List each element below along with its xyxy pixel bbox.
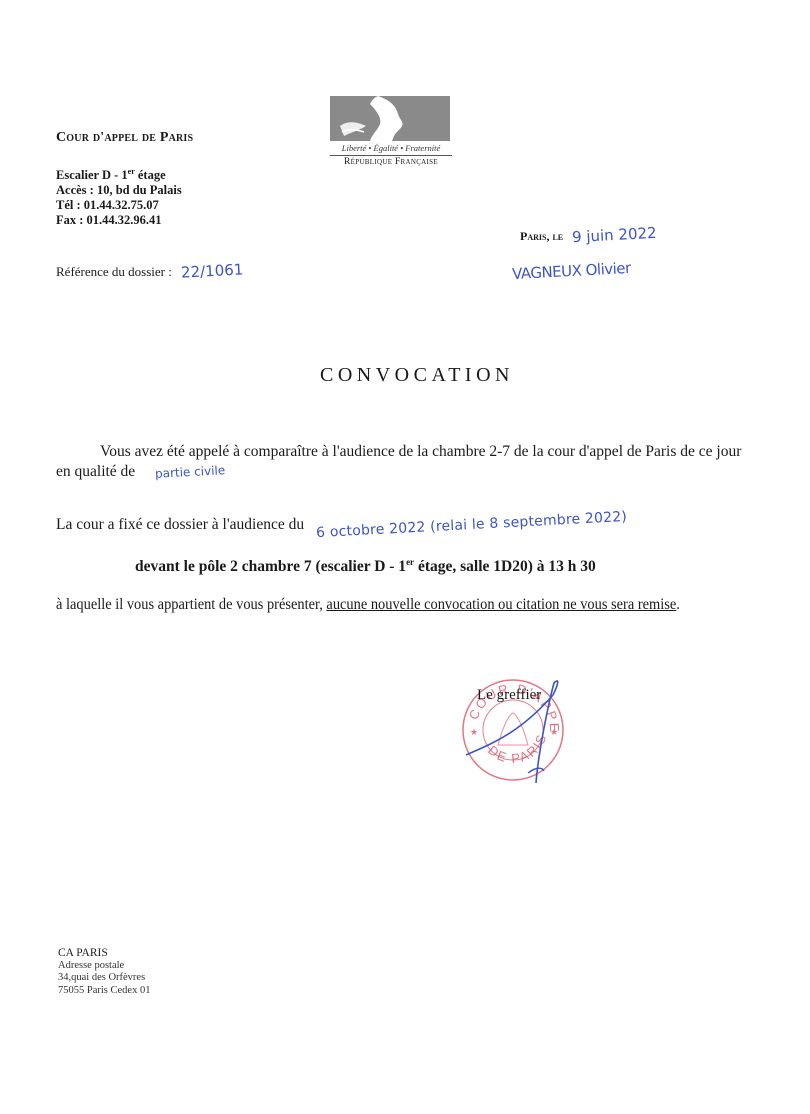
reference-line: Référence du dossier : 22/1061 — [56, 262, 243, 280]
paragraph-hearing-date: La cour a fixé ce dossier à l'audience d… — [56, 516, 627, 534]
location-sup: er — [406, 557, 414, 567]
date-handwritten: 9 juin 2022 — [572, 224, 657, 246]
svg-text:COUR D'APPEL: COUR D'APPEL — [458, 675, 562, 734]
footer-line: 34,quai des Orfèvres — [58, 972, 150, 985]
location-tail: étage, salle 1D20) à 13 h 30 — [414, 558, 596, 575]
qualite-handwritten: partie civile — [155, 460, 226, 484]
floor-tail: étage — [135, 168, 166, 182]
date-line: Paris, le 9 juin 2022 — [520, 226, 657, 244]
court-address: Escalier D - 1er étage Accès : 10, bd du… — [56, 164, 182, 228]
footer-line: Adresse postale — [58, 960, 150, 973]
notice-text: à laquelle il vous appartient de vous pr… — [56, 596, 326, 613]
footer-line: CA PARIS — [58, 947, 150, 960]
floor-sup: er — [128, 167, 135, 176]
hearing-date-handwritten: 6 octobre 2022 (relai le 8 septembre 202… — [316, 509, 628, 541]
address-fax: Fax : 01.44.32.96.41 — [56, 213, 182, 228]
notice-end: . — [676, 596, 680, 613]
svg-text:★: ★ — [550, 727, 558, 737]
republic-logo: Liberté • Égalité • Fraternité Républiqu… — [330, 96, 452, 167]
reference-handwritten: 22/1061 — [181, 260, 244, 281]
address-floor-text: Escalier D - 1 — [56, 168, 128, 182]
footer-postal-address: CA PARIS Adresse postale 34,quai des Orf… — [58, 947, 150, 997]
paragraph-location: devant le pôle 2 chambre 7 (escalier D -… — [135, 557, 596, 576]
reference-label: Référence du dossier : — [56, 264, 172, 279]
footer-line: 75055 Paris Cedex 01 — [58, 985, 150, 998]
court-name-text: Cour d'appel de Paris — [56, 130, 193, 145]
address-phone: Tél : 01.44.32.75.07 — [56, 198, 182, 213]
address-floor: Escalier D - 1er étage — [56, 164, 182, 183]
location-text: devant le pôle 2 chambre 7 (escalier D -… — [135, 558, 406, 575]
recipient-handwritten: VAGNEUX Olivier — [512, 259, 632, 283]
logo-motto: Liberté • Égalité • Fraternité — [330, 143, 452, 153]
address-access: Accès : 10, bd du Palais — [56, 183, 182, 198]
paragraph-notice: à laquelle il vous appartient de vous pr… — [56, 595, 707, 614]
logo-divider — [330, 155, 452, 156]
paragraph-summons: Vous avez été appelé à comparaître à l'a… — [56, 442, 756, 482]
notice-underlined: aucune nouvelle convocation ou citation … — [326, 596, 676, 613]
document-title: CONVOCATION — [0, 364, 810, 387]
date-label: Paris, le — [520, 229, 563, 243]
hearing-text: La cour a fixé ce dossier à l'audience d… — [56, 516, 304, 533]
logo-republic: République Française — [330, 157, 452, 167]
marianne-icon — [330, 96, 450, 141]
signature-label: Le greffier — [477, 687, 541, 704]
svg-text:★: ★ — [470, 727, 478, 737]
logo-republic-text: République Française — [344, 157, 438, 167]
court-name: Cour d'appel de Paris — [56, 130, 193, 146]
